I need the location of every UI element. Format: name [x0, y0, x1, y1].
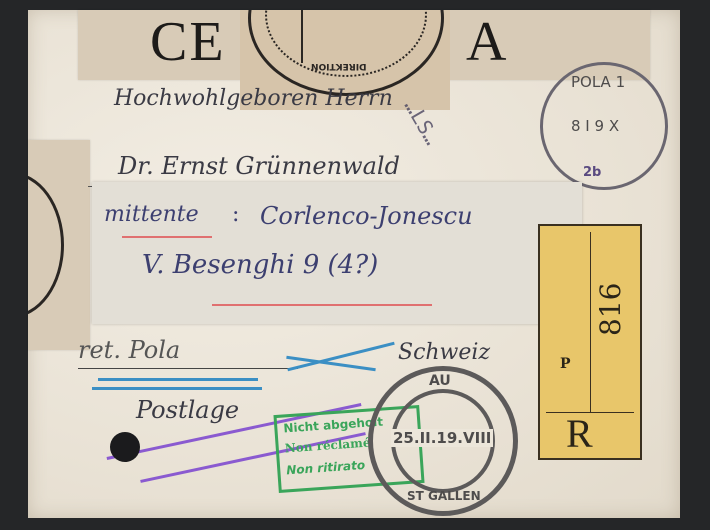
cachet-line-3: Non ritirato: [286, 458, 366, 477]
red-underline-2: [212, 304, 432, 306]
postlagernd-note: Postlage: [136, 396, 239, 424]
address-line-2: Dr. Ernst Grünnenwald: [118, 152, 400, 180]
sender-name: Corlenco-Jonescu: [260, 202, 473, 230]
address-line-1: Hochwohlgeboren Herrn: [114, 86, 393, 111]
punch-hole: [110, 432, 140, 462]
censor-seal-icon: DIREKTION: [248, 10, 444, 96]
seal-text: DIREKTION: [311, 61, 367, 71]
sender-label: mittente : Corlenco-Jonescu V. Besenghi …: [92, 182, 582, 324]
side-censor-tape: [28, 140, 90, 350]
side-seal-icon: [28, 172, 64, 318]
sender-prefix: mittente: [104, 202, 199, 227]
sender-street: V. Besenghi 9 (4?): [142, 250, 378, 280]
postmark-top: AU: [429, 373, 451, 389]
pencil-line: [78, 368, 298, 369]
postmark-bottom: ST GALLEN: [407, 489, 481, 503]
pola-date: 8 I 9 X: [571, 117, 619, 135]
st-gallen-postmark: AU 25.II.19.VIII ST GALLEN: [368, 366, 518, 516]
pola-code: 2b: [583, 165, 601, 180]
postmark-date: 25.II.19.VIII: [391, 429, 493, 447]
red-underline-1: [122, 236, 212, 238]
censor-letters-left: CE: [150, 10, 226, 74]
reg-number: 816: [594, 283, 627, 336]
reg-letter: R: [566, 410, 593, 457]
ret-note: ret. Pola: [78, 336, 180, 364]
cachet-line-2: Non réclamé: [284, 436, 371, 456]
sender-colon: :: [232, 202, 239, 227]
registration-label: 816 P R: [538, 224, 642, 460]
pola-postmark: POLA 1 8 I 9 X 2b: [540, 62, 668, 190]
blue-arrow-1: [287, 342, 394, 372]
country: Schweiz: [398, 340, 490, 365]
censor-letters-right: A: [466, 10, 508, 74]
reg-prefix: P: [560, 356, 571, 372]
envelope: CE A DIREKTION Hochwohlgeboren Herrn Dr.…: [28, 10, 680, 518]
blue-pencil-2: [92, 387, 262, 390]
pola-town: POLA 1: [571, 73, 625, 91]
blue-pencil-1: [98, 378, 258, 381]
